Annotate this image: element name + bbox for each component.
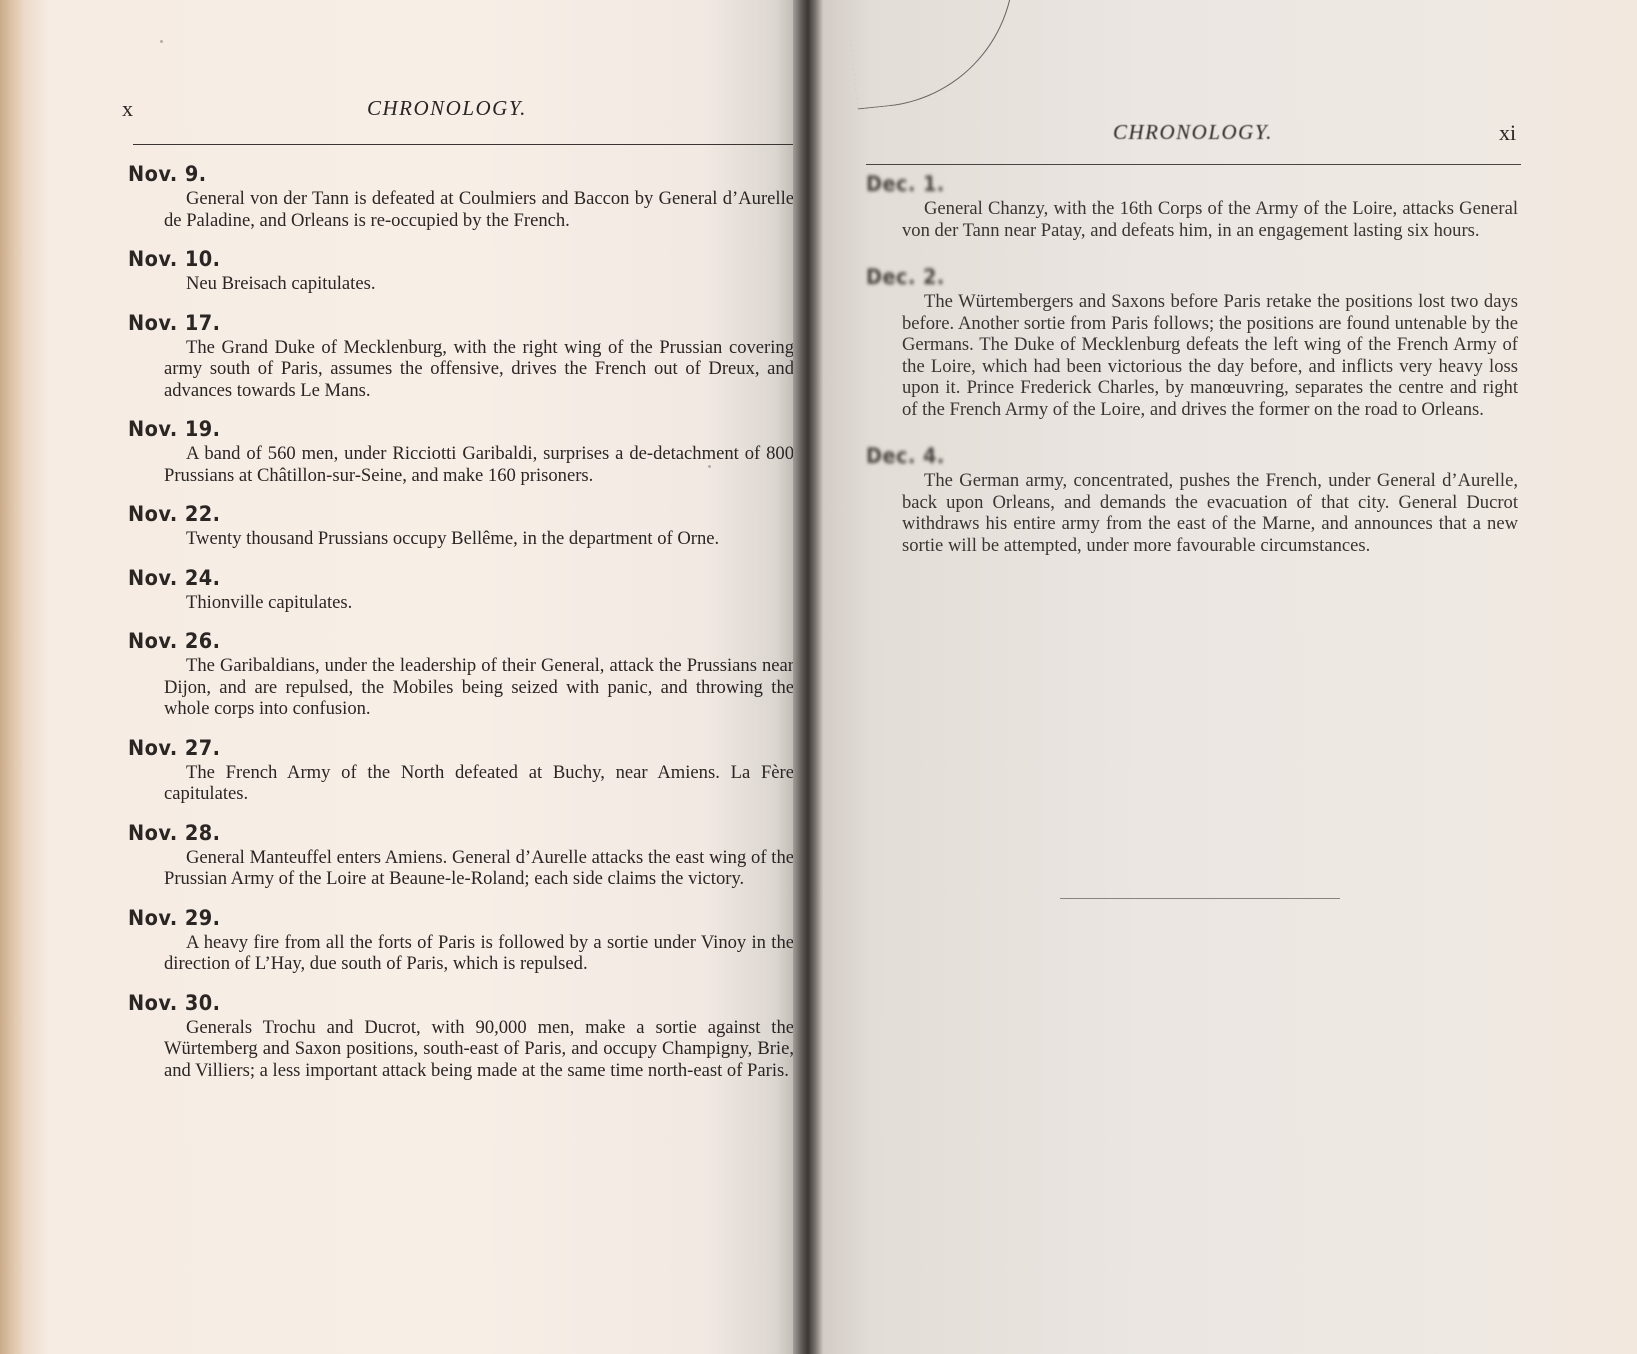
right-running-head: CHRONOLOGY. (1113, 120, 1273, 145)
entry-date: Dec. 1. (866, 170, 1466, 198)
chronology-entry: Nov. 17.The Grand Duke of Mecklenburg, w… (128, 309, 794, 402)
entry-text: Generals Trochu and Ducrot, with 90,000 … (164, 1017, 794, 1082)
entry-text: Neu Breisach capitulates. (164, 273, 794, 295)
entry-date: Nov. 9. (128, 160, 741, 188)
page-edge-stain (0, 0, 24, 1354)
entry-date: Nov. 29. (128, 904, 741, 932)
entry-date: Nov. 19. (128, 415, 741, 443)
chronology-entry: Dec. 4.The German army, concentrated, pu… (866, 442, 1518, 556)
chronology-entry: Nov. 24.Thionville capitulates. (128, 564, 794, 614)
entry-date: Nov. 30. (128, 989, 741, 1017)
chronology-entry: Nov. 27.The French Army of the North def… (128, 734, 794, 805)
entry-date: Nov. 17. (128, 309, 741, 337)
entry-text: The Würtembergers and Saxons before Pari… (902, 291, 1518, 420)
entry-text: General von der Tann is defeated at Coul… (164, 188, 794, 231)
header-rule (133, 144, 793, 145)
chronology-entry: Nov. 22.Twenty thousand Prussians occupy… (128, 500, 794, 550)
entry-text: A heavy fire from all the forts of Paris… (164, 932, 794, 975)
left-running-head: CHRONOLOGY. (367, 96, 527, 121)
paper-speck (708, 465, 711, 468)
end-of-section-rule (1060, 898, 1340, 899)
right-entries: Dec. 1.General Chanzy, with the 16th Cor… (866, 170, 1518, 578)
book-gutter (793, 0, 823, 1354)
chronology-entry: Nov. 9.General von der Tann is defeated … (128, 160, 794, 231)
entry-date: Nov. 28. (128, 819, 741, 847)
chronology-entry: Nov. 10.Neu Breisach capitulates. (128, 245, 794, 295)
chronology-entry: Dec. 2.The Würtembergers and Saxons befo… (866, 263, 1518, 420)
header-rule-right (866, 164, 1521, 165)
chronology-entry: Dec. 1.General Chanzy, with the 16th Cor… (866, 170, 1518, 241)
left-page-number: x (122, 96, 133, 122)
paper-speck (160, 40, 163, 43)
entry-text: Thionville capitulates. (164, 592, 794, 614)
entry-date: Nov. 24. (128, 564, 741, 592)
book-spread: x CHRONOLOGY. Nov. 9.General von der Tan… (0, 0, 1637, 1354)
entry-date: Dec. 4. (866, 442, 1466, 470)
entry-date: Nov. 27. (128, 734, 741, 762)
right-page-number: xi (1499, 120, 1516, 146)
left-entries: Nov. 9.General von der Tann is defeated … (128, 160, 794, 1095)
entry-text: A band of 560 men, under Ricciotti Garib… (164, 443, 794, 486)
entry-text: Twenty thousand Prussians occupy Bellême… (164, 528, 794, 550)
entry-date: Nov. 26. (128, 627, 741, 655)
chronology-entry: Nov. 19.A band of 560 men, under Ricciot… (128, 415, 794, 486)
chronology-entry: Nov. 28.General Manteuffel enters Amiens… (128, 819, 794, 890)
entry-text: General Manteuffel enters Amiens. Genera… (164, 847, 794, 890)
entry-text: The German army, concentrated, pushes th… (902, 470, 1518, 556)
entry-text: General Chanzy, with the 16th Corps of t… (902, 198, 1518, 241)
entry-text: The Grand Duke of Mecklenburg, with the … (164, 337, 794, 402)
entry-date: Nov. 10. (128, 245, 741, 273)
entry-date: Dec. 2. (866, 263, 1466, 291)
chronology-entry: Nov. 30.Generals Trochu and Ducrot, with… (128, 989, 794, 1082)
chronology-entry: Nov. 29.A heavy fire from all the forts … (128, 904, 794, 975)
entry-text: The French Army of the North defeated at… (164, 762, 794, 805)
chronology-entry: Nov. 26.The Garibaldians, under the lead… (128, 627, 794, 720)
entry-date: Nov. 22. (128, 500, 741, 528)
left-page: x CHRONOLOGY. Nov. 9.General von der Tan… (0, 0, 800, 1354)
entry-text: The Garibaldians, under the leadership o… (164, 655, 794, 720)
